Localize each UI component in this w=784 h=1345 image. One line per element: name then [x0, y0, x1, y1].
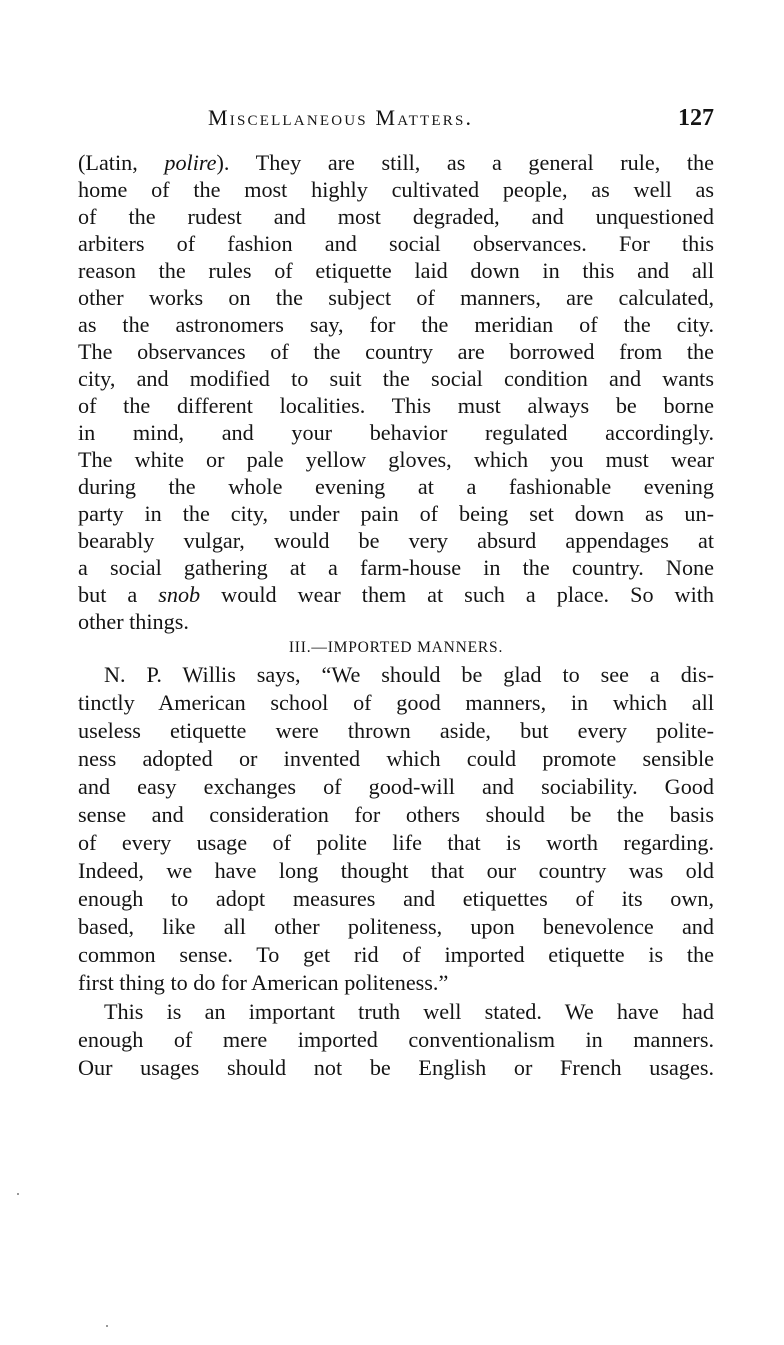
text-line: of every usage of polite life that is wo… — [78, 829, 714, 856]
running-title: Miscellaneous Matters. — [208, 101, 473, 135]
text-run: (Latin, — [78, 150, 164, 175]
page-number: 127 — [678, 101, 714, 135]
text-run: would wear them at such a place. So with — [200, 582, 714, 607]
text-line: first thing to do for American politenes… — [78, 969, 714, 996]
text-line: party in the city, under pain of being s… — [78, 500, 714, 527]
text-run: ). They are still, as a general rule, th… — [217, 150, 714, 175]
text-run: but a — [78, 582, 158, 607]
text-line: reason the rules of etiquette laid down … — [78, 257, 714, 284]
text-line: bearably vulgar, would be very absurd ap… — [78, 527, 714, 554]
section-heading: III.—IMPORTED MANNERS. — [78, 636, 714, 660]
text-line: based, like all other politeness, upon b… — [78, 913, 714, 940]
text-line: enough to adopt measures and etiquettes … — [78, 885, 714, 912]
text-line: tinctly American school of good manners,… — [78, 689, 714, 716]
text-line: enough of mere imported conventionalism … — [78, 1026, 714, 1053]
running-head: Miscellaneous Matters. 127 — [78, 101, 714, 135]
text-line: but a snob would wear them at such a pla… — [78, 581, 714, 608]
text-line: during the whole evening at a fashionabl… — [78, 473, 714, 500]
text-line: Our usages should not be English or Fren… — [78, 1054, 714, 1081]
italic-word: polire — [164, 150, 216, 175]
text-line: of the different localities. This must a… — [78, 392, 714, 419]
scan-speck — [17, 1193, 19, 1195]
text-line: N. P. Willis says, “We should be glad to… — [104, 661, 714, 688]
text-line: ness adopted or invented which could pro… — [78, 745, 714, 772]
text-line: The white or pale yellow gloves, which y… — [78, 446, 714, 473]
text-line: city, and modified to suit the social co… — [78, 365, 714, 392]
text-line: Indeed, we have long thought that our co… — [78, 857, 714, 884]
text-line: as the astronomers say, for the meridian… — [78, 311, 714, 338]
text-line: of the rudest and most degraded, and unq… — [78, 203, 714, 230]
text-line: home of the most highly cultivated peopl… — [78, 176, 714, 203]
scan-speck — [106, 1325, 108, 1327]
text-line: common sense. To get rid of imported eti… — [78, 941, 714, 968]
book-page: Miscellaneous Matters. 127 (Latin, polir… — [0, 0, 784, 1345]
text-line: This is an important truth well stated. … — [104, 998, 714, 1025]
text-line: useless etiquette were thrown aside, but… — [78, 717, 714, 744]
text-line: other works on the subject of manners, a… — [78, 284, 714, 311]
italic-word: snob — [158, 582, 200, 607]
text-line: sense and consideration for others shoul… — [78, 801, 714, 828]
text-line: (Latin, polire). They are still, as a ge… — [78, 149, 714, 176]
text-line: arbiters of fashion and social observanc… — [78, 230, 714, 257]
text-line: other things. — [78, 608, 714, 635]
text-line: and easy exchanges of good-will and soci… — [78, 773, 714, 800]
text-line: in mind, and your behavior regulated acc… — [78, 419, 714, 446]
text-line: The observances of the country are borro… — [78, 338, 714, 365]
text-line: a social gathering at a farm-house in th… — [78, 554, 714, 581]
